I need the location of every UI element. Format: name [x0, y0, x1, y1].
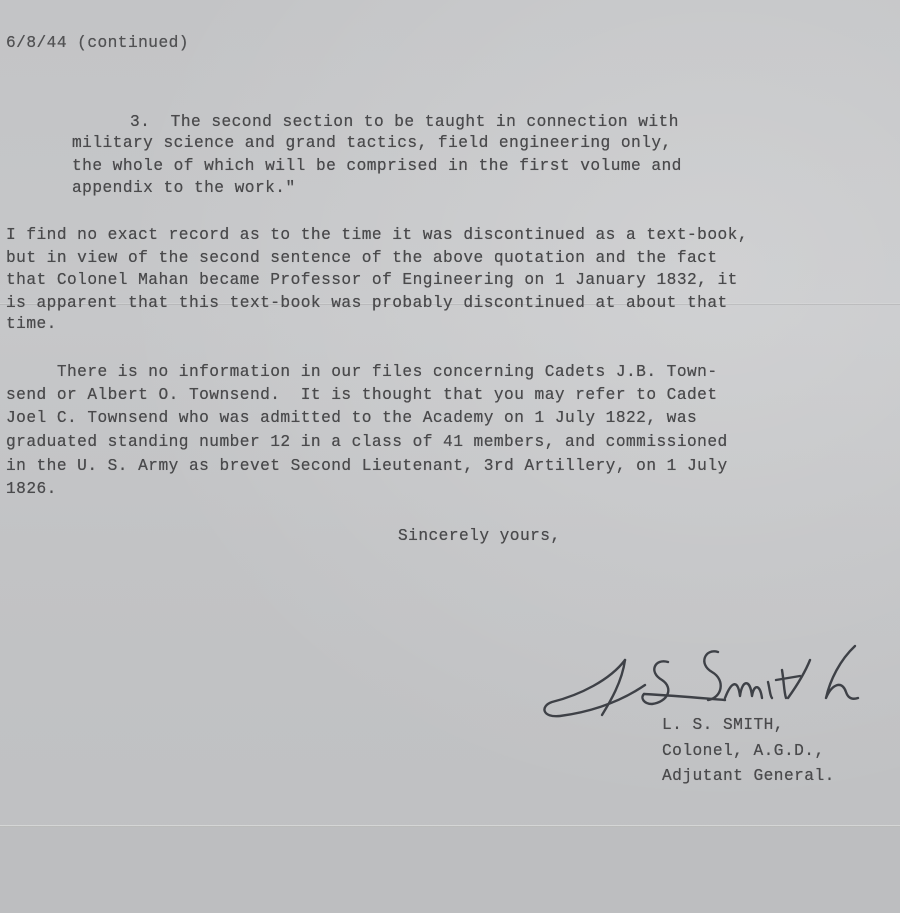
text-line: is apparent that this text-book was prob… [6, 292, 728, 314]
text-line: I find no exact record as to the time it… [6, 224, 748, 246]
signatory-rank: Colonel, A.G.D., [662, 740, 825, 762]
text-line: Joel C. Townsend who was admitted to the… [6, 407, 697, 429]
text-line: but in view of the second sentence of th… [6, 247, 718, 269]
letter-page: 6/8/44 (continued) 3. The second section… [0, 0, 900, 913]
text-line: in the U. S. Army as brevet Second Lieut… [6, 455, 728, 477]
text-line: There is no information in our files con… [6, 361, 718, 383]
text-line: 3. The second section to be taught in co… [130, 111, 679, 133]
text-line: military science and grand tactics, fiel… [72, 132, 672, 154]
signatory-name: L. S. SMITH, [662, 714, 784, 736]
handwritten-signature [540, 640, 885, 725]
text-line: that Colonel Mahan became Professor of E… [6, 269, 738, 291]
page-header-date: 6/8/44 (continued) [6, 32, 189, 54]
text-line: 1826. [6, 478, 57, 500]
closing-salutation: Sincerely yours, [398, 525, 561, 547]
paper-lower-panel [0, 827, 900, 913]
text-line: appendix to the work." [72, 177, 296, 199]
text-line: send or Albert O. Townsend. It is though… [6, 384, 718, 406]
text-line: time. [6, 313, 57, 335]
signatory-title: Adjutant General. [662, 765, 835, 787]
paper-fold-crease [0, 825, 900, 827]
text-line: graduated standing number 12 in a class … [6, 431, 728, 453]
text-line: the whole of which will be comprised in … [72, 155, 682, 177]
